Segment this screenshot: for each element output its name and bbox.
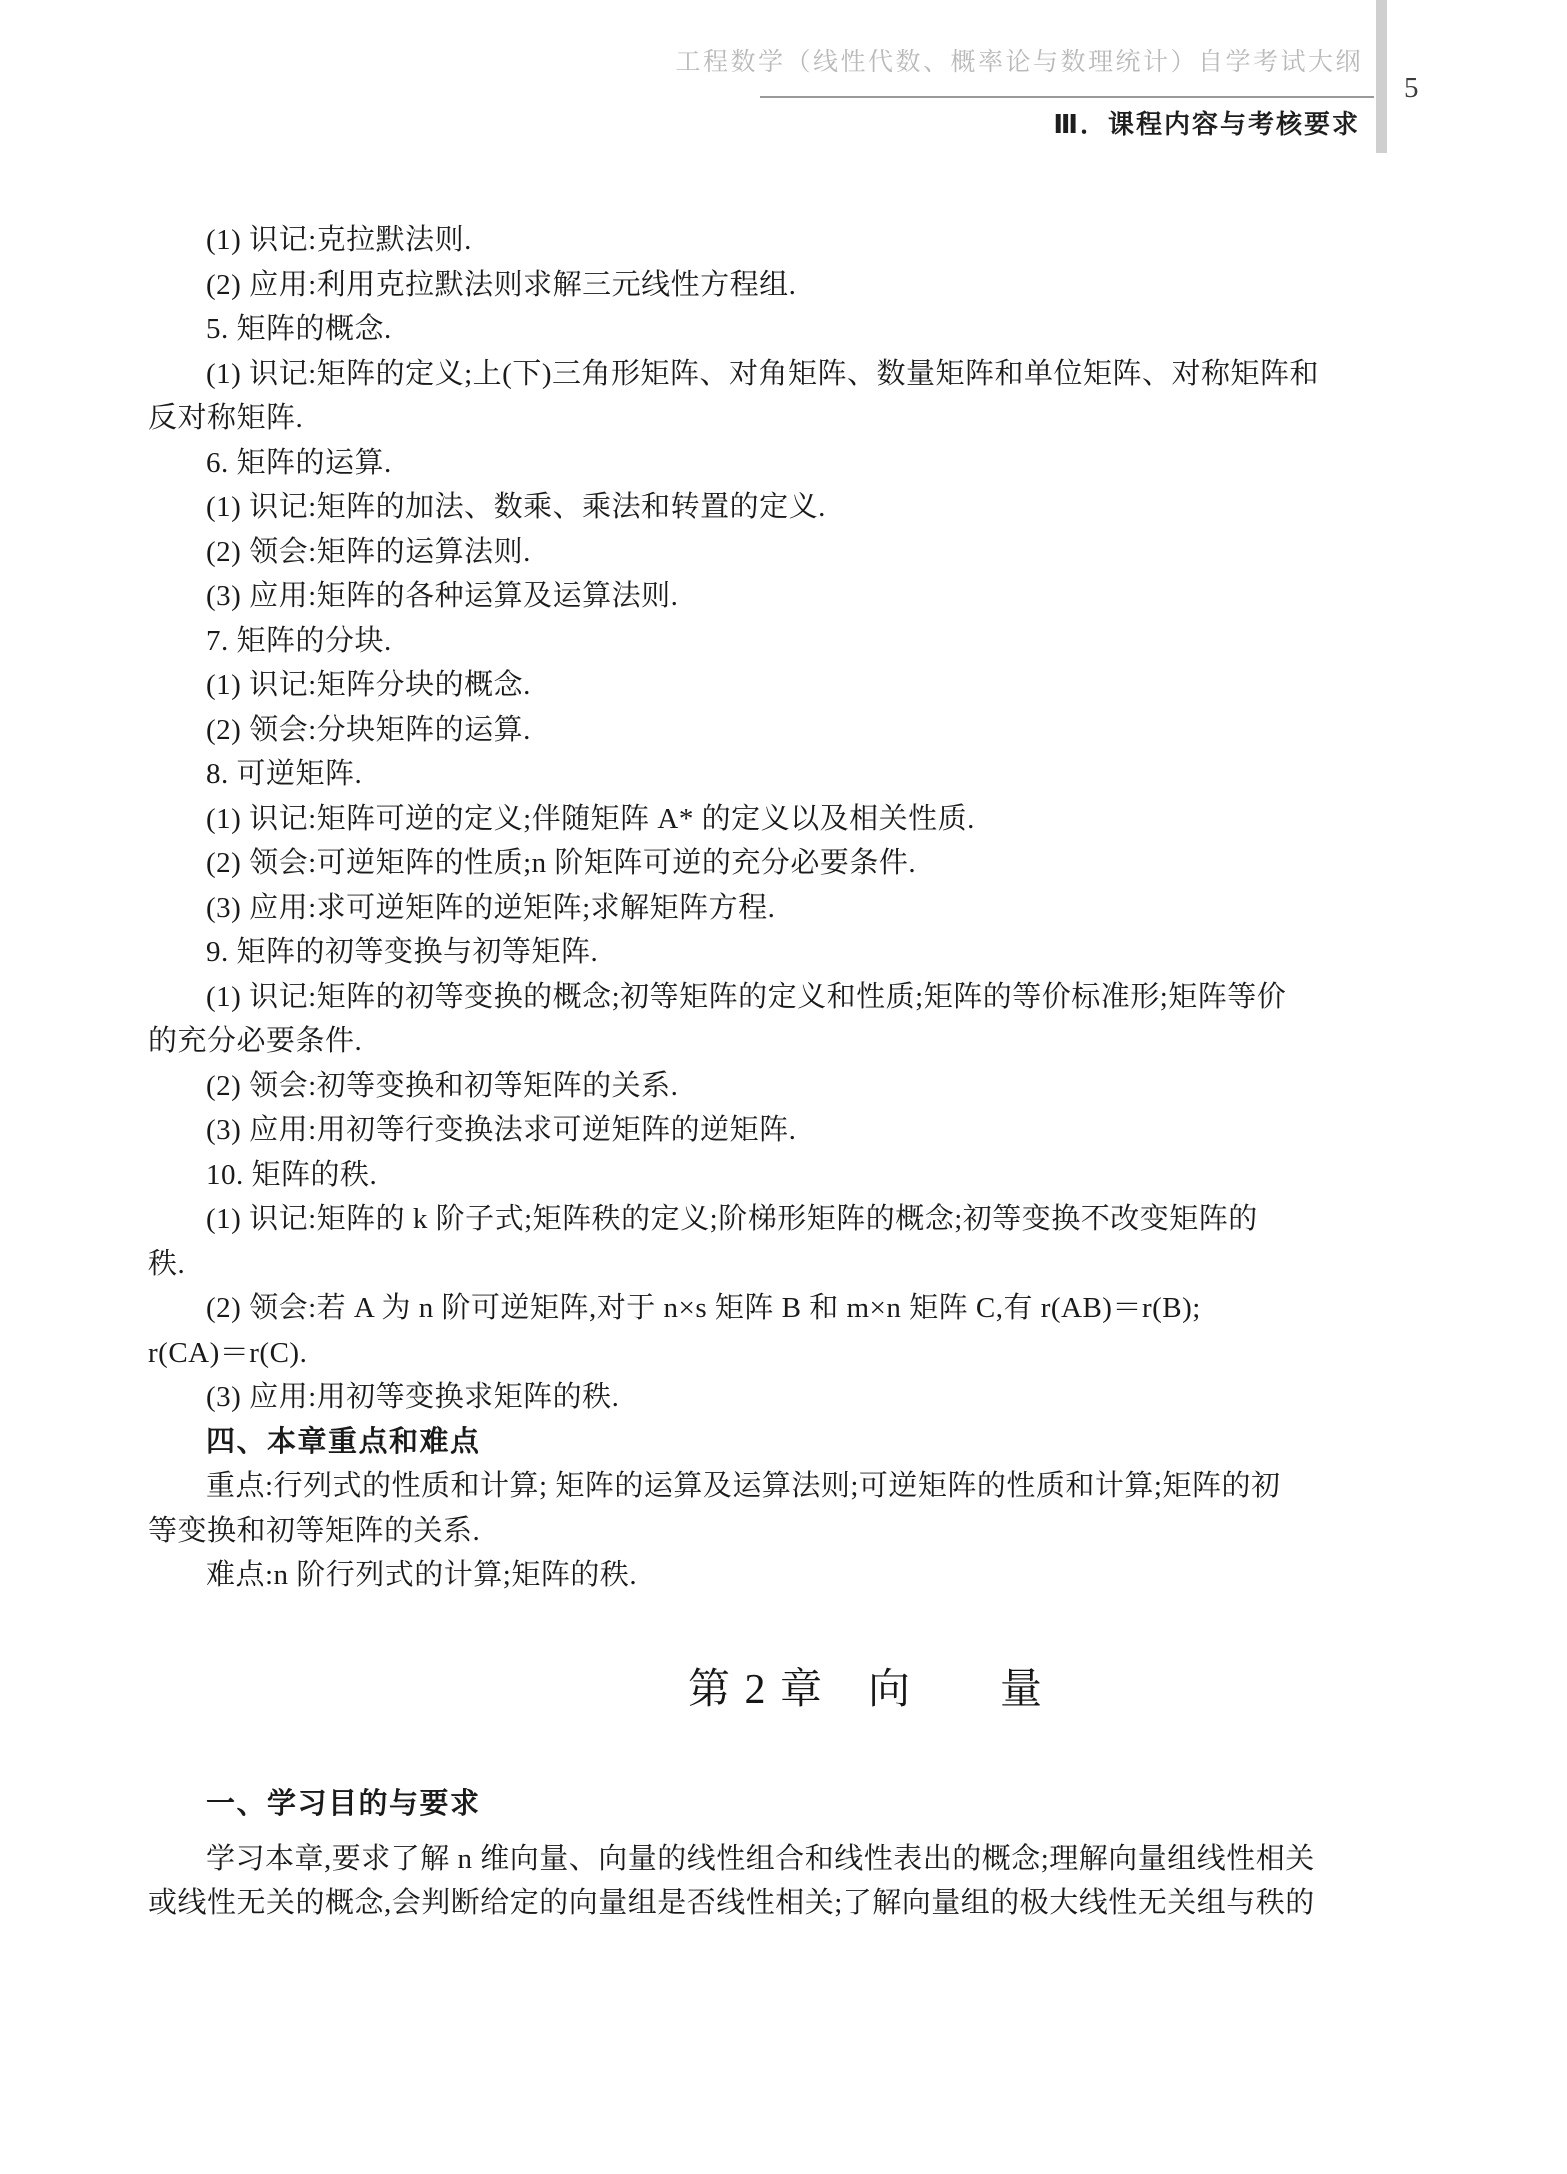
chapter2-intro-section: 一、学习目的与要求 学习本章,要求了解 n 维向量、向量的线性组合和线性表出的概… [148,1782,1440,1926]
section-heading: 一、学习目的与要求 [148,1782,1440,1827]
text-line: (3) 应用:用初等变换求矩阵的秩. [148,1375,1440,1420]
text-line: 7. 矩阵的分块. [148,619,1440,664]
text-line: (2) 领会:分块矩阵的运算. [148,708,1440,753]
text-line: (3) 应用:求可逆矩阵的逆矩阵;求解矩阵方程. [148,886,1440,931]
text-line: (2) 领会:可逆矩阵的性质;n 阶矩阵可逆的充分必要条件. [148,841,1440,886]
running-header-title: 工程数学（线性代数、概率论与数理统计）自学考试大纲 [675,42,1363,78]
section-paragraph: 学习本章,要求了解 n 维向量、向量的线性组合和线性表出的概念;理解向量组线性相… [148,1837,1440,1926]
text-line: (1) 识记:克拉默法则. [148,218,1440,263]
page-edge-bar [1376,0,1387,153]
text-line: (1) 识记:矩阵的定义;上(下)三角形矩阵、对角矩阵、数量矩阵和单位矩阵、对称… [148,352,1440,397]
document-page: 工程数学（线性代数、概率论与数理统计）自学考试大纲 Ⅲ．课程内容与考核要求 5 … [0,0,1567,2174]
header-rule [760,96,1374,98]
text-line: 重点:行列式的性质和计算; 矩阵的运算及运算法则;可逆矩阵的性质和计算;矩阵的初 [148,1464,1440,1509]
text-line: (1) 识记:矩阵分块的概念. [148,663,1440,708]
text-line: 四、本章重点和难点 [148,1420,1440,1465]
text-line: (1) 识记:矩阵可逆的定义;伴随矩阵 A* 的定义以及相关性质. [148,797,1440,842]
text-line: 8. 可逆矩阵. [148,752,1440,797]
text-line: (3) 应用:矩阵的各种运算及运算法则. [148,574,1440,619]
text-line: (2) 领会:初等变换和初等矩阵的关系. [148,1064,1440,1109]
text-line: (2) 领会:若 A 为 n 阶可逆矩阵,对于 n×s 矩阵 B 和 m×n 矩… [148,1286,1440,1331]
text-line: (1) 识记:矩阵的 k 阶子式;矩阵秩的定义;阶梯形矩阵的概念;初等变换不改变… [148,1197,1440,1242]
text-line: 或线性无关的概念,会判断给定的向量组是否线性相关;了解向量组的极大线性无关组与秩… [148,1881,1440,1926]
text-line: 学习本章,要求了解 n 维向量、向量的线性组合和线性表出的概念;理解向量组线性相… [148,1837,1440,1882]
text-line: (2) 应用:利用克拉默法则求解三元线性方程组. [148,263,1440,308]
text-line: (1) 识记:矩阵的初等变换的概念;初等矩阵的定义和性质;矩阵的等价标准形;矩阵… [148,975,1440,1020]
text-line: 反对称矩阵. [148,396,1440,441]
text-line: (1) 识记:矩阵的加法、数乘、乘法和转置的定义. [148,485,1440,530]
text-line: 等变换和初等矩阵的关系. [148,1509,1440,1554]
text-line: 秩. [148,1242,1440,1287]
text-line: 9. 矩阵的初等变换与初等矩阵. [148,930,1440,975]
page-number: 5 [1404,72,1419,105]
text-line: 10. 矩阵的秩. [148,1153,1440,1198]
text-line: (2) 领会:矩阵的运算法则. [148,530,1440,575]
text-line: r(CA)＝r(C). [148,1331,1440,1376]
text-line: (3) 应用:用初等行变换法求可逆矩阵的逆矩阵. [148,1108,1440,1153]
text-line: 的充分必要条件. [148,1019,1440,1064]
text-line: 6. 矩阵的运算. [148,441,1440,486]
text-line: 难点:n 阶行列式的计算;矩阵的秩. [148,1553,1440,1598]
text-line: 5. 矩阵的概念. [148,307,1440,352]
header-section-title: Ⅲ．课程内容与考核要求 [1053,104,1360,141]
matrix-outline-section: (1) 识记:克拉默法则.(2) 应用:利用克拉默法则求解三元线性方程组.5. … [148,218,1440,1598]
chapter-title: 第 2 章 向 量 [688,1656,1044,1716]
